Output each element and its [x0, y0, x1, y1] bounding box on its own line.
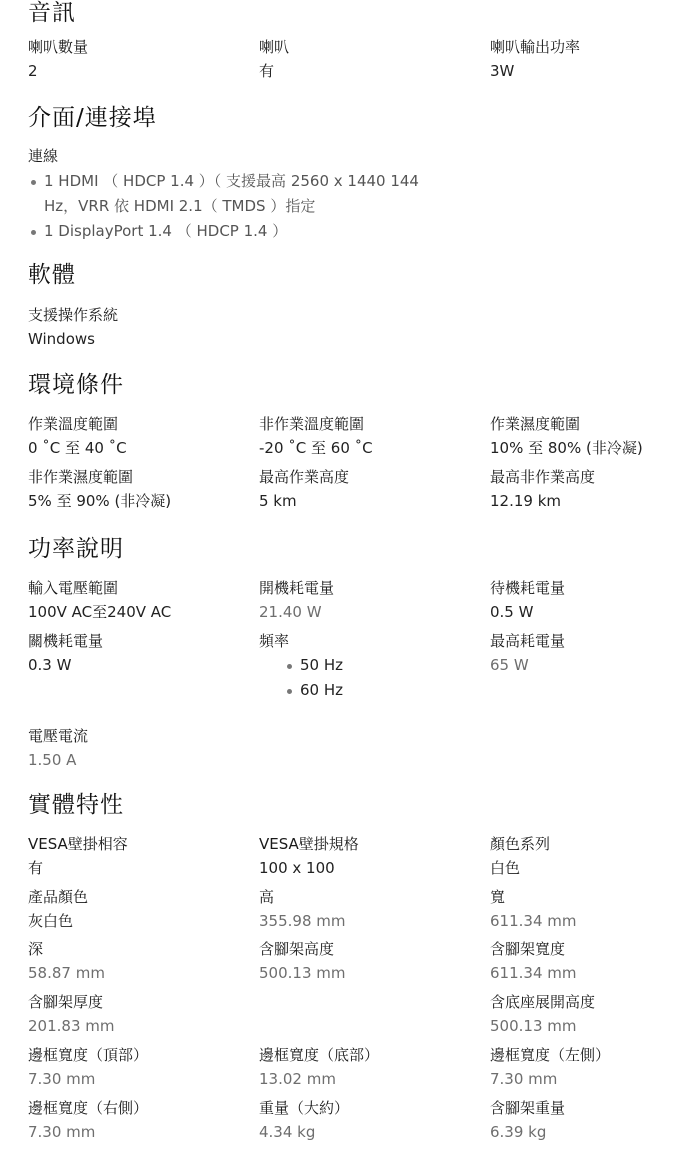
spec-nonoperating-humidity: 非作業濕度範圍 5% 至 90% (非冷凝) — [28, 465, 253, 513]
spec-label: 喇叭輸出功率 — [490, 35, 700, 59]
spec-label: 輸入電壓範圍 — [28, 576, 253, 600]
spec-label: 產品顏色 — [28, 885, 253, 909]
spec-value: 0.5 W — [490, 600, 700, 624]
spec-label: 邊框寬度（左側） — [490, 1043, 700, 1067]
spec-width: 寬 611.34 mm — [490, 885, 700, 933]
spec-speaker: 喇叭 有 — [259, 35, 484, 83]
spec-value: 7.30 mm — [28, 1067, 253, 1091]
spec-input-voltage: 輸入電壓範圍 100V AC至240V AC — [28, 576, 253, 624]
spec-label: 含腳架重量 — [490, 1096, 700, 1120]
frequency-list: 50 Hz 60 Hz — [284, 653, 343, 703]
spec-label: 喇叭 — [259, 35, 484, 59]
spec-label: 頻率 — [259, 629, 484, 653]
spec-label: 最高作業高度 — [259, 465, 484, 489]
spec-value: 灰白色 — [28, 909, 253, 933]
spec-label: 邊框寬度（頂部） — [28, 1043, 253, 1067]
spec-depth-with-stand: 含腳架厚度 201.83 mm — [28, 990, 253, 1038]
spec-value: -20 ˚C 至 60 ˚C — [259, 436, 484, 460]
spec-value: 21.40 W — [259, 600, 484, 624]
spec-label: 最高耗電量 — [490, 629, 700, 653]
spec-value: 611.34 mm — [490, 909, 700, 933]
section-title-audio: 音訊 — [28, 0, 76, 28]
spec-bezel-right: 邊框寬度（右側） 7.30 mm — [28, 1096, 253, 1144]
section-title-ports: 介面/連接埠 — [28, 103, 157, 133]
spec-value: 13.02 mm — [259, 1067, 484, 1091]
spec-nonoperating-temp: 非作業溫度範圍 -20 ˚C 至 60 ˚C — [259, 412, 484, 460]
spec-value: 58.87 mm — [28, 961, 253, 985]
spec-color-series: 顏色系列 白色 — [490, 832, 700, 880]
frequency-item: 50 Hz — [284, 653, 343, 678]
spec-value: 0.3 W — [28, 653, 253, 677]
spec-value: 500.13 mm — [259, 961, 484, 985]
spec-label: 非作業溫度範圍 — [259, 412, 484, 436]
spec-label: 含腳架高度 — [259, 937, 484, 961]
spec-bezel-top: 邊框寬度（頂部） 7.30 mm — [28, 1043, 253, 1091]
spec-max-nonoperating-altitude: 最高非作業高度 12.19 km — [490, 465, 700, 513]
spec-value: 12.19 km — [490, 489, 700, 513]
spec-os: 支援操作系統 Windows — [28, 303, 253, 351]
spec-value: 4.34 kg — [259, 1120, 484, 1144]
spec-label: 顏色系列 — [490, 832, 700, 856]
spec-label: 含腳架厚度 — [28, 990, 253, 1014]
spec-label: 待機耗電量 — [490, 576, 700, 600]
spec-operating-temp: 作業溫度範圍 0 ˚C 至 40 ˚C — [28, 412, 253, 460]
spec-weight: 重量（大約） 4.34 kg — [259, 1096, 484, 1144]
spec-label: VESA壁掛相容 — [28, 832, 253, 856]
spec-value: 201.83 mm — [28, 1014, 253, 1038]
section-title-power: 功率說明 — [28, 534, 124, 564]
spec-value: 0 ˚C 至 40 ˚C — [28, 436, 253, 460]
spec-label: 喇叭數量 — [28, 35, 253, 59]
spec-label: 含底座展開高度 — [490, 990, 700, 1014]
spec-label: 邊框寬度（右側） — [28, 1096, 253, 1120]
spec-width-with-stand: 含腳架寬度 611.34 mm — [490, 937, 700, 985]
spec-value: 7.30 mm — [28, 1120, 253, 1144]
spec-weight-with-stand: 含腳架重量 6.39 kg — [490, 1096, 700, 1144]
section-title-physical: 實體特性 — [28, 790, 124, 820]
spec-label: 邊框寬度（底部） — [259, 1043, 484, 1067]
spec-current: 電壓電流 1.50 A — [28, 724, 253, 772]
spec-vesa-size: VESA壁掛規格 100 x 100 — [259, 832, 484, 880]
spec-bezel-bottom: 邊框寬度（底部） 13.02 mm — [259, 1043, 484, 1091]
connection-list: 1 HDMI （ HDCP 1.4 ）（ 支援最高 2560 x 1440 14… — [28, 169, 428, 244]
spec-value: 500.13 mm — [490, 1014, 700, 1038]
spec-label: 高 — [259, 885, 484, 909]
spec-value: 2 — [28, 59, 253, 83]
spec-value: 5% 至 90% (非冷凝) — [28, 489, 253, 513]
spec-value: 355.98 mm — [259, 909, 484, 933]
spec-value: 10% 至 80% (非冷凝) — [490, 436, 700, 460]
spec-extended-height: 含底座展開高度 500.13 mm — [490, 990, 700, 1038]
spec-value: 100 x 100 — [259, 856, 484, 880]
spec-label: 重量（大約） — [259, 1096, 484, 1120]
spec-value: 5 km — [259, 489, 484, 513]
spec-value: 有 — [259, 59, 484, 83]
spec-depth: 深 58.87 mm — [28, 937, 253, 985]
spec-label: 支援操作系統 — [28, 303, 253, 327]
frequency-item: 60 Hz — [284, 678, 343, 703]
spec-value: 有 — [28, 856, 253, 880]
spec-standby-power: 待機耗電量 0.5 W — [490, 576, 700, 624]
spec-label: 電壓電流 — [28, 724, 253, 748]
section-title-environment: 環境條件 — [28, 370, 124, 400]
spec-label: 關機耗電量 — [28, 629, 253, 653]
spec-connection: 連線 — [28, 144, 253, 168]
spec-label: 作業濕度範圍 — [490, 412, 700, 436]
spec-value: Windows — [28, 327, 253, 351]
spec-on-power: 開機耗電量 21.40 W — [259, 576, 484, 624]
spec-value: 白色 — [490, 856, 700, 880]
spec-value: 3W — [490, 59, 700, 83]
spec-label: 開機耗電量 — [259, 576, 484, 600]
spec-label: 深 — [28, 937, 253, 961]
spec-label: 最高非作業高度 — [490, 465, 700, 489]
spec-max-power: 最高耗電量 65 W — [490, 629, 700, 677]
spec-speaker-output: 喇叭輸出功率 3W — [490, 35, 700, 83]
spec-height-with-stand: 含腳架高度 500.13 mm — [259, 937, 484, 985]
section-title-software: 軟體 — [28, 260, 76, 290]
spec-value: 1.50 A — [28, 748, 253, 772]
connection-item-hdmi: 1 HDMI （ HDCP 1.4 ）（ 支援最高 2560 x 1440 14… — [28, 169, 428, 219]
spec-operating-humidity: 作業濕度範圍 10% 至 80% (非冷凝) — [490, 412, 700, 460]
spec-label: 作業溫度範圍 — [28, 412, 253, 436]
spec-value: 611.34 mm — [490, 961, 700, 985]
spec-height: 高 355.98 mm — [259, 885, 484, 933]
spec-label: 非作業濕度範圍 — [28, 465, 253, 489]
spec-value: 6.39 kg — [490, 1120, 700, 1144]
spec-speaker-count: 喇叭數量 2 — [28, 35, 253, 83]
spec-value: 7.30 mm — [490, 1067, 700, 1091]
spec-vesa-compatible: VESA壁掛相容 有 — [28, 832, 253, 880]
spec-max-operating-altitude: 最高作業高度 5 km — [259, 465, 484, 513]
spec-bezel-left: 邊框寬度（左側） 7.30 mm — [490, 1043, 700, 1091]
spec-frequency: 頻率 — [259, 629, 484, 653]
spec-product-color: 產品顏色 灰白色 — [28, 885, 253, 933]
spec-label: 含腳架寬度 — [490, 937, 700, 961]
spec-value: 100V AC至240V AC — [28, 600, 253, 624]
spec-label: 連線 — [28, 144, 253, 168]
spec-label: 寬 — [490, 885, 700, 909]
spec-value: 65 W — [490, 653, 700, 677]
connection-item-displayport: 1 DisplayPort 1.4 （ HDCP 1.4 ） — [28, 219, 428, 244]
spec-label: VESA壁掛規格 — [259, 832, 484, 856]
spec-off-power: 關機耗電量 0.3 W — [28, 629, 253, 677]
